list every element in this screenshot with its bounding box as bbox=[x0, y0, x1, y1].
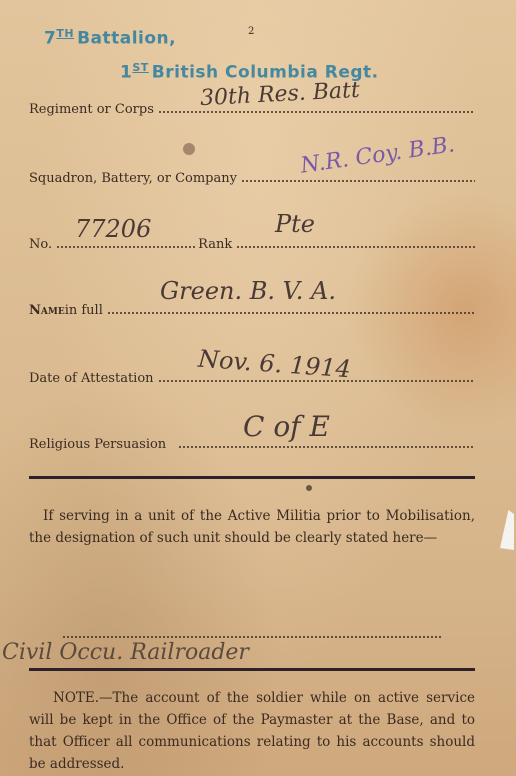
squadron-label: Squadron, Battery, or Company bbox=[29, 171, 241, 186]
stamp-superscript: TH bbox=[56, 27, 74, 40]
rank-label: Rank bbox=[196, 237, 236, 252]
squadron-field: Squadron, Battery, or Company bbox=[29, 166, 475, 186]
ink-blot bbox=[183, 143, 195, 155]
rank-value: Pte bbox=[275, 210, 315, 238]
attestation-date-label: Date of Attestation bbox=[29, 371, 158, 386]
dotted-line bbox=[158, 111, 475, 113]
militia-instruction: If serving in a unit of the Active Milit… bbox=[29, 505, 475, 549]
militia-value: Civil Occu. Railroader bbox=[2, 640, 249, 665]
dotted-line bbox=[241, 180, 475, 182]
name-label: in full bbox=[65, 303, 107, 318]
number-label: No. bbox=[29, 237, 56, 252]
page-number: 2 bbox=[248, 26, 254, 37]
dotted-line bbox=[178, 446, 475, 448]
paymaster-note: NOTE.—The account of the soldier while o… bbox=[29, 687, 475, 775]
militia-dotted-line bbox=[62, 636, 442, 638]
battalion-stamp-line1: 7THBattalion, bbox=[44, 27, 176, 49]
stamp-number: 7 bbox=[44, 29, 56, 49]
stamp-text: Battalion, bbox=[77, 29, 176, 49]
dotted-line bbox=[236, 246, 475, 248]
name-label-caps: Name bbox=[29, 303, 65, 318]
dotted-line bbox=[107, 312, 475, 314]
religion-value: C of E bbox=[243, 410, 330, 443]
dotted-line bbox=[56, 246, 196, 248]
stamp-superscript: ST bbox=[132, 61, 148, 74]
name-value: Green. B. V. A. bbox=[160, 277, 336, 305]
paper-tear bbox=[500, 510, 514, 550]
section-divider bbox=[29, 668, 475, 671]
regiment-label: Regiment or Corps bbox=[29, 102, 158, 117]
section-divider bbox=[29, 476, 475, 479]
attestation-card: 7THBattalion, 2 1STBritish Columbia Regt… bbox=[0, 0, 516, 776]
stamp-number: 1 bbox=[120, 63, 132, 83]
militia-instruction-text: If serving in a unit of the Active Milit… bbox=[29, 508, 475, 546]
paymaster-note-text: NOTE.—The account of the soldier while o… bbox=[29, 690, 475, 772]
ink-dot bbox=[306, 485, 312, 491]
religion-label: Religious Persuasion bbox=[29, 437, 170, 452]
service-number-value: 77206 bbox=[75, 215, 151, 243]
